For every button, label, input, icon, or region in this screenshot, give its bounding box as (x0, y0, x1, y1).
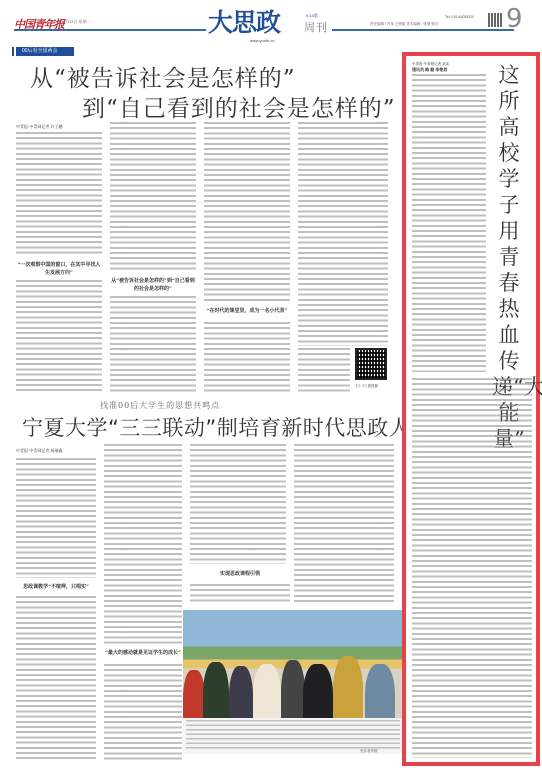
brand-title: 大思政 (208, 10, 280, 35)
article2-byline: 中青报·中青网记者 杨瑞鑫 (16, 448, 62, 454)
article2-col2b-text (104, 664, 182, 762)
article1-col3-text (204, 122, 290, 302)
brand-weekly: 周刊 (304, 19, 328, 35)
qr-code-icon (488, 13, 502, 27)
article2-subhead-1: 思政课教学“不喧哗，只唱实” (16, 584, 96, 592)
video-qr-code[interactable] (355, 348, 387, 380)
telephone: Tel: 010-64098320 (445, 15, 474, 19)
masthead: 中国青年报 2022年3月14日 星期一 大思政 www.youth.cn 9-… (0, 0, 542, 40)
article1-col4b-text (298, 348, 350, 394)
qr-caption: 扫一扫 看视频 (356, 384, 378, 389)
article1-col1-text (16, 132, 102, 254)
section-tag: 00后看全国两会 (16, 47, 74, 56)
issue-date: 2022年3月14日 星期一 (50, 19, 91, 25)
article1-subhead-3: “在时代的课堂里，成为一名小代表” (204, 308, 290, 316)
article1-headline-line1: 从“被告诉社会是怎样的” (30, 60, 296, 93)
article2-subhead-3: 实现思政课程引领 (190, 571, 290, 579)
photo-caption-text (186, 720, 400, 750)
article1-subhead-2: 从“被告诉社会是怎样的”到“自己看到的社会是怎样的” (110, 278, 196, 293)
article1-subhead-1: “一次观察中国的窗口，在其中寻找人生发展方向” (16, 262, 102, 277)
photo-credit: 受访者供图 (360, 749, 378, 754)
page-number: 9 (506, 6, 523, 32)
feature-col-text-upper (412, 74, 486, 372)
article1-col1b-text (16, 280, 102, 394)
article2-col1b-text (16, 596, 96, 762)
article2-col1-text (16, 458, 96, 578)
article1-col4-text (298, 122, 388, 346)
article2-kicker: 找准00后大学生的思想共鸣点 (100, 400, 220, 411)
header-rule-left (14, 29, 206, 31)
article1-byline: 中青报·中青网记者 许子鹏 (16, 124, 62, 130)
article1-headline-line2: 到“自己看到的社会是怎样的” (82, 90, 396, 123)
brand-url: www.youth.cn (250, 38, 275, 43)
article2-headline: 宁夏大学“三三联动”制培育新时代思政人才 (22, 412, 432, 442)
article2-col3b-text (190, 584, 290, 604)
article1-col2-text (110, 122, 196, 272)
article2-col3-text (190, 444, 286, 564)
article2-col2-text (104, 444, 182, 644)
feature-col-text-lower (412, 378, 532, 758)
header-rule-right (332, 29, 514, 31)
editors-credit: 责任编辑 / 许革 王俊斌 美术编辑 / 张继 校对 (370, 22, 438, 27)
article2-subhead-2: “最大的感动就是见证学生的成长” (104, 650, 182, 658)
article2-col4-text (294, 444, 394, 604)
article1-col2b-text (110, 296, 196, 394)
feature-byline-2: 通讯员 路 毅 李艳君 (412, 67, 447, 73)
article1-col3b-text (204, 322, 290, 394)
